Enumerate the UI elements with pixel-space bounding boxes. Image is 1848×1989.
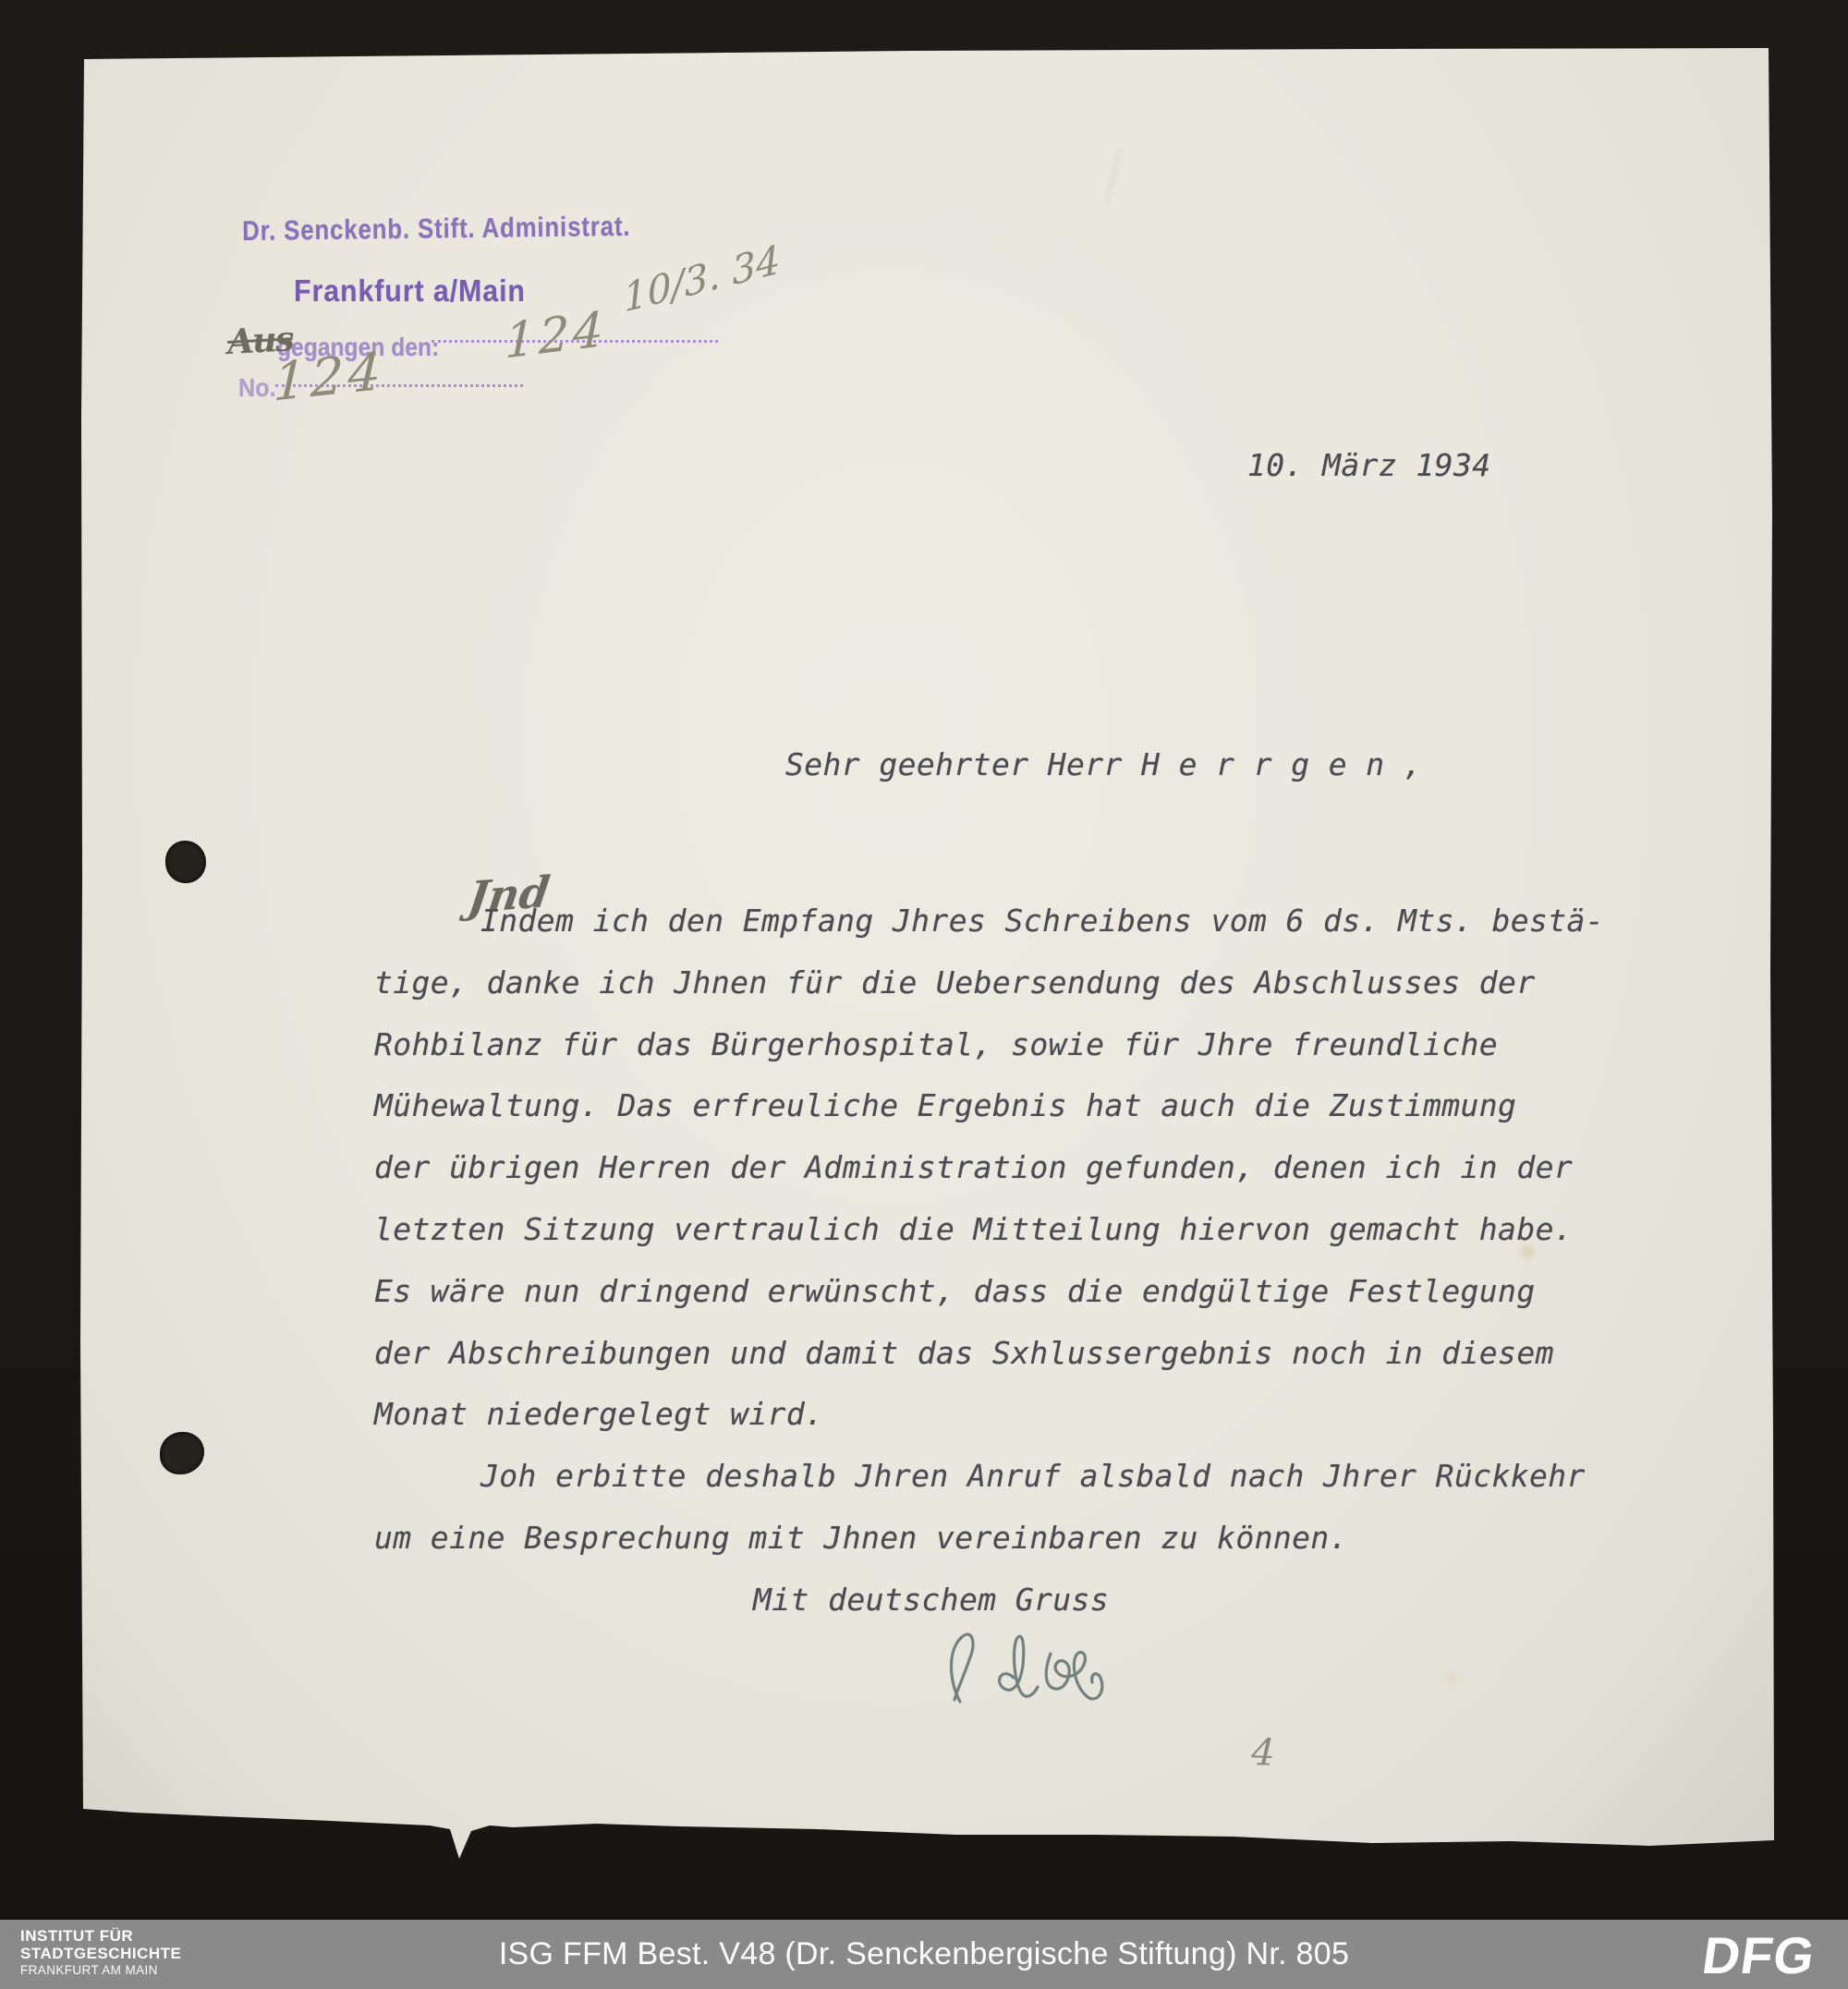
typed-line: Rohbilanz für das Bürgerhospital, sowie …	[374, 1014, 1686, 1076]
handwritten-no-entry: 124	[273, 341, 387, 413]
scan-viewer: Dr. Senckenb. Stift. Administrat. Frankf…	[0, 0, 1848, 1989]
archive-reference: ISG FFM Best. V48 (Dr. Senckenbergische …	[0, 1936, 1848, 1972]
letter-page: Dr. Senckenb. Stift. Administrat. Frankf…	[79, 48, 1774, 1862]
stamp-no-label: No.	[238, 373, 276, 403]
typed-line: Es wäre nun dringend erwünscht, dass die…	[374, 1261, 1686, 1323]
handwritten-signature	[921, 1607, 1198, 1728]
typed-line: tige, danke ich Jhnen für die Uebersendu…	[374, 952, 1686, 1014]
letter-date: 10. März 1934	[1247, 447, 1490, 483]
handwritten-number: 124	[505, 301, 607, 370]
typed-line: um eine Besprechung mit Jhnen vereinbare…	[374, 1508, 1686, 1570]
typed-line: der Abschreibungen und damit das Sxhluss…	[374, 1323, 1686, 1385]
dfg-logo: DFG	[1698, 1925, 1818, 1985]
stamp-administration-name: Dr. Senckenb. Stift. Administrat.	[242, 212, 631, 248]
punch-hole	[160, 1432, 204, 1474]
typed-line: Joh erbitte deshalb Jhren Anruf alsbald …	[374, 1446, 1686, 1508]
typed-line: der übrigen Herren der Administration ge…	[374, 1137, 1686, 1199]
folio-number: 4	[1250, 1731, 1275, 1775]
handwritten-correction: Jnd	[465, 867, 553, 923]
stamp-city: Frankfurt a/Main	[294, 273, 526, 309]
salutation: Sehr geehrter Herr H e r r g e n ,	[785, 746, 1422, 782]
typed-line: letzten Sitzung vertraulich die Mitteilu…	[374, 1199, 1686, 1261]
paper-stain	[1446, 1674, 1457, 1683]
paper-stain	[1104, 145, 1124, 209]
credit-bar: INSTITUT FÜR STADTGESCHICHTE FRANKFURT A…	[0, 1920, 1848, 1989]
typed-line: Mühewaltung. Das erfreuliche Ergebnis ha…	[374, 1075, 1686, 1137]
handwritten-date: 10/3. 34	[622, 236, 782, 321]
letter-body: Indem ich den Empfang Jhres Schreibens v…	[374, 891, 1686, 1631]
typed-line: Monat niedergelegt wird.	[374, 1384, 1686, 1446]
punch-hole	[165, 841, 206, 883]
typed-line: Indem ich den Empfang Jhres Schreibens v…	[374, 891, 1686, 952]
